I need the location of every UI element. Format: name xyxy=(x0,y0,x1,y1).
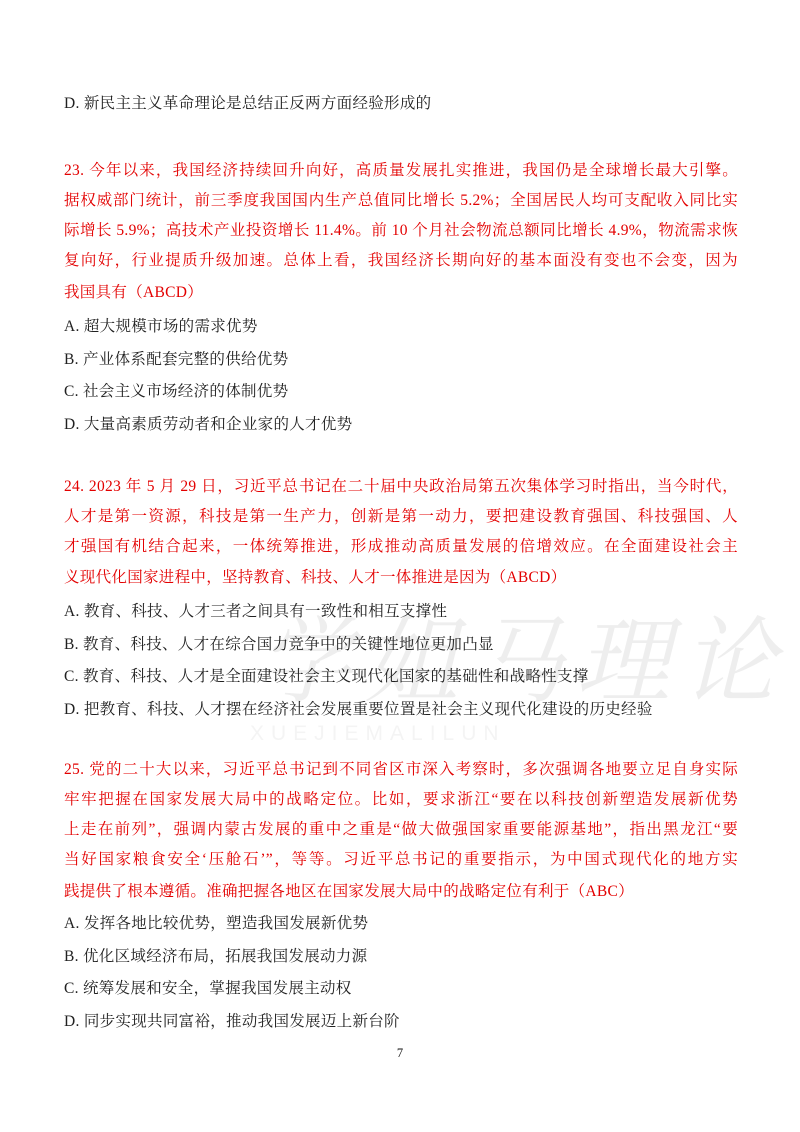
question-24-stem-line: 才强国有机结合起来，一体统筹推进，形成推动高质量发展的倍增效应。在全面建设社会主 xyxy=(64,536,738,558)
option-line: D. 新民主主义革命理论是总结正反两方面经验形成的 xyxy=(64,93,738,115)
option-line: B. 产业体系配套完整的供给优势 xyxy=(64,349,738,371)
option-line: B. 教育、科技、人才在综合国力竞争中的关键性地位更加凸显 xyxy=(64,634,738,656)
question-23-stem-line: 复向好，行业提质升级加速。总体上看，我国经济长期向好的基本面没有变也不会变，因为 xyxy=(64,250,738,272)
option-line: A. 教育、科技、人才三者之间具有一致性和相互支撑性 xyxy=(64,601,738,623)
question-25-stem-line: 牢牢把握在国家发展大局中的战略定位。比如，要求浙江“要在以科技创新塑造发展新优势 xyxy=(64,789,738,811)
question-23-stem-line: 23. 今年以来，我国经济持续回升向好，高质量发展扎实推进，我国仍是全球增长最大… xyxy=(64,160,738,182)
option-line: A. 发挥各地比较优势，塑造我国发展新优势 xyxy=(64,913,738,935)
document-page: 学姐马理论 XUEJIEMALILUN D. 新民主主义革命理论是总结正反两方面… xyxy=(0,0,800,1132)
option-line: D. 把教育、科技、人才摆在经济社会发展重要位置是社会主义现代化建设的历史经验 xyxy=(64,699,738,721)
option-line: B. 优化区域经济布局，拓展我国发展动力源 xyxy=(64,946,738,968)
question-24-stem-line: 义现代化国家进程中，坚持教育、科技、人才一体推进是因为（ABCD） xyxy=(64,567,738,589)
question-24-stem-line: 24. 2023 年 5 月 29 日，习近平总书记在二十届中央政治局第五次集体… xyxy=(64,476,738,498)
question-24-stem-line: 人才是第一资源，科技是第一生产力，创新是第一动力，要把建设教育强国、科技强国、人 xyxy=(64,506,738,528)
option-line: D. 大量高素质劳动者和企业家的人才优势 xyxy=(64,414,738,436)
option-line: A. 超大规模市场的需求优势 xyxy=(64,316,738,338)
option-line: C. 社会主义市场经济的体制优势 xyxy=(64,381,738,403)
question-23-stem-line: 我国具有（ABCD） xyxy=(64,282,738,304)
question-23-stem-line: 际增长 5.9%；高技术产业投资增长 11.4%。前 10 个月社会物流总额同比… xyxy=(64,220,738,242)
question-25-stem-line: 践提供了根本遵循。准确把握各地区在国家发展大局中的战略定位有利于（ABC） xyxy=(64,881,738,903)
option-line: D. 同步实现共同富裕，推动我国发展迈上新台阶 xyxy=(64,1011,738,1033)
question-25-stem-line: 当好国家粮食安全‘压舱石’”，等等。习近平总书记的重要指示，为中国式现代化的地方… xyxy=(64,849,738,871)
question-25-stem-line: 25. 党的二十大以来，习近平总书记到不同省区市深入考察时，多次强调各地要立足自… xyxy=(64,759,738,781)
watermark-latin: XUEJIEMALILUN xyxy=(250,722,506,746)
option-line: C. 教育、科技、人才是全面建设社会主义现代化国家的基础性和战略性支撑 xyxy=(64,666,738,688)
option-line: C. 统筹发展和安全，掌握我国发展主动权 xyxy=(64,978,738,1000)
page-number: 7 xyxy=(0,1046,800,1061)
question-25-stem-line: 上走在前列”，强调内蒙古发展的重中之重是“做大做强国家重要能源基地”，指出黑龙江… xyxy=(64,819,738,841)
question-23-stem-line: 据权威部门统计，前三季度我国国内生产总值同比增长 5.2%；全国居民人均可支配收… xyxy=(64,190,738,212)
